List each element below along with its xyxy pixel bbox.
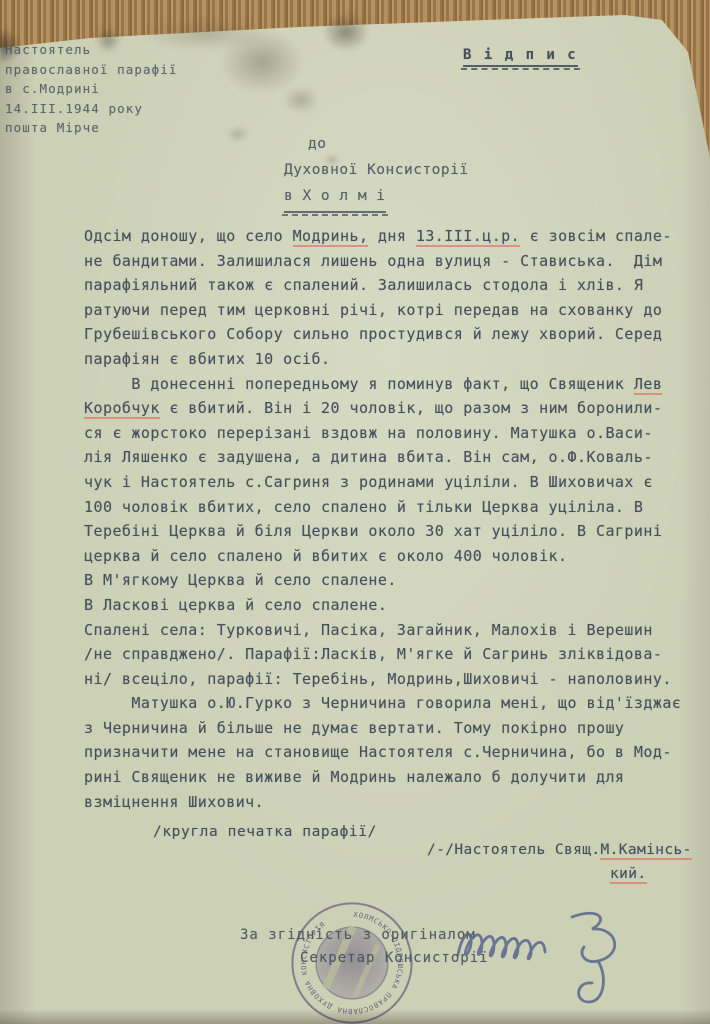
body-text-segment: ратуючи перед тим церковні річі, котрі п… xyxy=(84,301,662,319)
body-line: чук і Настоятель с.Сагриня з родинами уц… xyxy=(84,470,680,495)
body-text-segment: чук і Настоятель с.Сагриня з родинами уц… xyxy=(84,473,653,491)
document-title: В і д п и с xyxy=(463,47,578,67)
sender-line: в с.Модрині xyxy=(5,79,178,99)
body-line: призначити мене на становище Настоятеля … xyxy=(84,740,680,765)
typed-signature-line-1: /-/Настоятель Свящ.М.Камінсь- xyxy=(427,842,692,858)
body-text-segment: рині Священик не виживе й Модринь належа… xyxy=(84,768,624,786)
body-text-segment: Спалені села: Турковичі, Пасіка, Загайни… xyxy=(84,621,653,639)
body-text-segment: Матушка о.Ю.Гурко з Черничина говорила м… xyxy=(84,694,681,712)
body-line: Одсім доношу, що село Модринь, дня 13.II… xyxy=(84,224,680,249)
body-line: /не справджено/. Парафії:Ласків, М'ягке … xyxy=(84,642,680,667)
body-text-segment: ні/ всеціло, парафії: Теребінь, Модринь,… xyxy=(84,670,672,688)
sender-line: пошта Мірче xyxy=(5,118,178,138)
red-underlined-text: Лев xyxy=(634,375,662,395)
body-text-segment: /не справджено/. Парафії:Ласків, М'ягке … xyxy=(84,645,662,663)
body-line: 100 чоловік вбитих, село спалено й тільк… xyxy=(84,495,680,520)
body-text-segment: є зовсім спале- xyxy=(520,227,672,245)
body-text-segment: є вбитий. Він і 20 чоловік, що разом з н… xyxy=(160,399,662,417)
body-line: парафіяльний також є спалений. Залишилас… xyxy=(84,273,680,298)
certification-line-1: За згідність з оригіналом xyxy=(240,927,476,943)
typed-signature-name: М.Камінсь- xyxy=(600,842,691,860)
body-text-segment: лія Ляшенко є задушена, а дитина вбита. … xyxy=(84,448,653,466)
body-text-segment: з Черничина й більше не думає вертати. Т… xyxy=(84,719,624,737)
body-text-segment: взміцнення Шихович. xyxy=(84,793,264,811)
body-text-segment: призначити мене на становище Настоятеля … xyxy=(84,743,672,761)
body-line: Спалені села: Турковичі, Пасіка, Загайни… xyxy=(84,618,680,643)
body-line: рині Священик не виживе й Модринь належа… xyxy=(84,765,680,790)
typed-signature-name-cont: кий. xyxy=(610,866,647,884)
red-underlined-text: Коробчук xyxy=(84,399,160,419)
body-text-segment: парафіян є вбитих 10 осіб. xyxy=(84,350,331,368)
body-text-segment: не бандитами. Залишилася лишень одна вул… xyxy=(84,252,662,270)
body-text-segment: В Ласкові церква й село спалене. xyxy=(84,596,387,614)
recipient-block: до Духовної Консисторії в Х о л м і xyxy=(284,131,469,213)
body-text-segment: Теребіні Церква й біля Церкви около 30 х… xyxy=(84,522,662,540)
sender-line: Настоятель xyxy=(5,40,178,60)
body-line: В донесенні попередньому я поминув факт,… xyxy=(84,372,680,397)
red-underlined-text: Модринь, xyxy=(293,227,369,247)
typed-signature-line-2: кий. xyxy=(610,866,647,882)
sender-line: 14.III.1944 року xyxy=(5,99,178,119)
body-line: ратуючи перед тим церковні річі, котрі п… xyxy=(84,298,680,323)
body-text-segment: Одсім доношу, що село xyxy=(84,227,293,245)
body-line: парафіян є вбитих 10 осіб. xyxy=(84,347,680,372)
body-text-segment: Грубешівського Собору сильно простудився… xyxy=(84,325,662,343)
recipient-line: в Х о л м і xyxy=(284,183,469,213)
body-text-segment: дня xyxy=(368,227,415,245)
signature-flourish-tail xyxy=(579,961,604,1002)
red-underlined-text: 13.III.ц.р. xyxy=(416,227,520,247)
body-text-segment: церква й село спалено й вбитих є около 4… xyxy=(84,547,568,565)
photo-of-document: Настоятель православної парафії в с.Модр… xyxy=(0,0,710,1024)
signature-flourish-top xyxy=(572,913,615,961)
body-text-segment: парафіяльний також є спалений. Залишилас… xyxy=(84,276,643,294)
body-text-segment: В М'ягкому Церква й село спалене. xyxy=(84,571,397,589)
body-line: не бандитами. Залишилася лишень одна вул… xyxy=(84,249,680,274)
body-line: Матушка о.Ю.Гурко з Черничина говорила м… xyxy=(84,691,680,716)
body-line: Теребіні Церква й біля Церкви около 30 х… xyxy=(84,519,680,544)
recipient-line: Духовної Консисторії xyxy=(284,157,469,183)
body-line: взміцнення Шихович. xyxy=(84,790,680,815)
body-line: церква й село спалено й вбитих є около 4… xyxy=(84,544,680,569)
signature-scribble xyxy=(458,934,545,959)
body-text-segment: 100 чоловік вбитих, село спалено й тільк… xyxy=(84,498,643,516)
typed-signature-prefix: /-/Настоятель Свящ. xyxy=(427,842,600,858)
body-line: Грубешівського Собору сильно простудився… xyxy=(84,322,680,347)
body-text: Одсім доношу, що село Модринь, дня 13.II… xyxy=(84,224,680,814)
body-line: В М'ягкому Церква й село спалене. xyxy=(84,568,680,593)
sender-block: Настоятель православної парафії в с.Модр… xyxy=(5,40,178,138)
body-line: ся є жорстоко перерізані вздовж на полов… xyxy=(84,421,680,446)
document-title-text: В і д п и с xyxy=(463,47,578,67)
body-line: В Ласкові церква й село спалене. xyxy=(84,593,680,618)
body-text-segment: В донесенні попередньому я поминув факт,… xyxy=(84,375,634,393)
seal-note: /кругла печатка парафії/ xyxy=(153,824,377,840)
body-line: лія Ляшенко є задушена, а дитина вбита. … xyxy=(84,445,680,470)
body-line: Коробчук є вбитий. Він і 20 чоловік, що … xyxy=(84,396,680,421)
body-line: ні/ всеціло, парафії: Теребінь, Модринь,… xyxy=(84,667,680,692)
recipient-to: до xyxy=(308,131,469,157)
handwritten-signature xyxy=(452,903,662,1018)
recipient-city: в Х о л м і xyxy=(284,183,386,213)
body-line: з Черничина й більше не думає вертати. Т… xyxy=(84,716,680,741)
sender-line: православної парафії xyxy=(5,60,178,80)
body-text-segment: ся є жорстоко перерізані вздовж на полов… xyxy=(84,424,653,442)
